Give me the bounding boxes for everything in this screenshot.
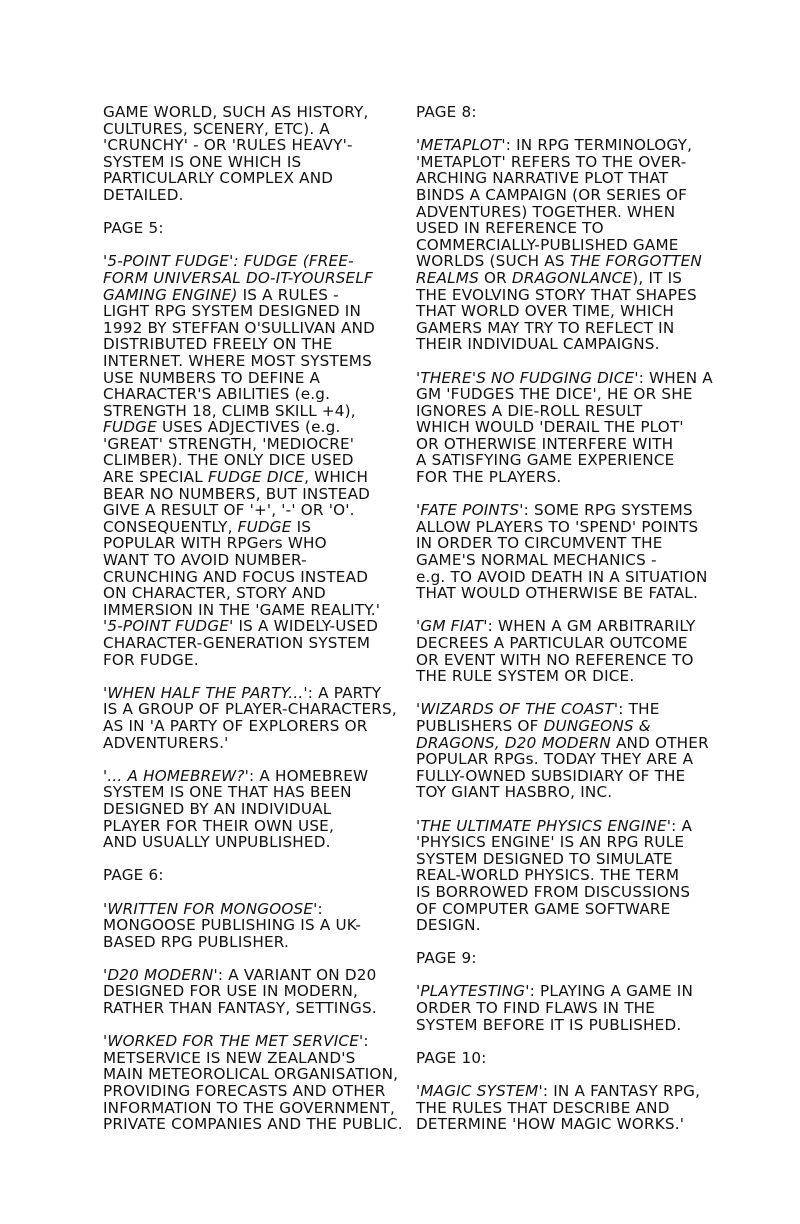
text-line: GM 'FUDGES THE DICE', HE OR SHE: [416, 386, 746, 403]
text-segment: PRIVATE COMPANIES AND THE PUBLIC.: [103, 1115, 403, 1133]
text-segment: AND USUALLY UNPUBLISHED.: [103, 833, 331, 851]
text-segment: TOY GIANT HASBRO, INC.: [416, 783, 612, 801]
text-line: 'WIZARDS OF THE COAST': THE: [416, 701, 746, 718]
paragraph-gap: [103, 884, 433, 901]
text-segment: 'GREAT' STRENGTH, 'MEDIOCRE': [103, 435, 354, 453]
text-segment: A SATISFYING GAME EXPERIENCE: [416, 451, 674, 469]
text-line: SYSTEM BEFORE IT IS PUBLISHED.: [416, 1017, 746, 1034]
italic-term: '5-POINT FUDGE': FUDGE (FREE-: [103, 252, 354, 270]
text-segment: IMMERSION IN THE 'GAME REALITY.': [103, 601, 380, 619]
text-segment: RATHER THAN FANTASY, SETTINGS.: [103, 999, 377, 1017]
text-segment: ON CHARACTER, STORY AND: [103, 584, 326, 602]
text-segment: THE RULE SYSTEM OR DICE.: [416, 667, 634, 685]
text-segment: :: [363, 1032, 368, 1050]
text-segment: POPULAR RPG: [416, 750, 526, 768]
right-column: PAGE 8:'METAPLOT': IN RPG TERMINOLOGY,'M…: [416, 104, 746, 1133]
text-segment: : WHEN A GM ARBITRARILY: [488, 617, 696, 635]
text-line: GAMERS MAY TRY TO REFLECT IN: [416, 320, 746, 337]
text-segment: PROVIDING FORECASTS AND OTHER: [103, 1082, 386, 1100]
text-line: GAMING ENGINE) IS A RULES -: [103, 287, 433, 304]
text-segment: DETAILED.: [103, 186, 184, 204]
text-segment: ALLOW PLAYERS TO 'SPEND' POINTS: [416, 518, 698, 536]
text-line: '... A HOMEBREW?': A HOMEBREW: [103, 768, 433, 785]
italic-term: 'MAGIC SYSTEM': [416, 1082, 543, 1100]
italic-term: 'WHEN HALF THE PARTY...': [103, 684, 308, 702]
paragraph-gap: [103, 237, 433, 254]
text-segment: : PLAYING A GAME IN: [530, 982, 693, 1000]
paragraph-gap: [103, 204, 433, 221]
text-line: BINDS A CAMPAIGN (OR SERIES OF: [416, 187, 746, 204]
text-line: FORM UNIVERSAL DO-IT-YOURSELF: [103, 270, 433, 287]
text-segment: 'CRUNCHY' - OR 'RULES HEAVY'-: [103, 136, 353, 154]
text-segment: 1992 BY STEFFAN O'SULLIVAN AND: [103, 319, 375, 337]
italic-term: FUDGE: [103, 418, 157, 436]
text-segment: GAME WORLD, SUCH AS HISTORY,: [103, 103, 369, 121]
text-line: THE RULE SYSTEM OR DICE.: [416, 668, 746, 685]
italic-term: 'GM FIAT': [416, 617, 488, 635]
text-line: ORDER TO FIND FLAWS IN THE: [416, 1000, 746, 1017]
text-segment: , WHICH: [304, 468, 368, 486]
text-segment: : A PARTY: [308, 684, 382, 702]
text-line: FUDGE USES ADJECTIVES (e.g.: [103, 419, 433, 436]
text-segment: WHO: [283, 534, 327, 552]
text-segment: PLAYER FOR THEIR OWN USE,: [103, 817, 334, 835]
italic-term: '5-POINT FUDGE': [103, 617, 233, 635]
text-segment: SYSTEM IS ONE THAT HAS BEEN: [103, 783, 352, 801]
text-line: 'METAPLOT' REFERS TO THE OVER-: [416, 154, 746, 171]
text-segment: USE NUMBERS TO DEFINE A: [103, 369, 320, 387]
text-line: METSERVICE IS NEW ZEALAND'S: [103, 1050, 433, 1067]
text-line: PRIVATE COMPANIES AND THE PUBLIC.: [103, 1116, 433, 1133]
text-line: IS BORROWED FROM DISCUSSIONS: [416, 884, 746, 901]
text-line: ARE SPECIAL FUDGE DICE, WHICH: [103, 469, 433, 486]
text-segment: OR: [479, 269, 512, 287]
text-line: THEIR INDIVIDUAL CAMPAIGNS.: [416, 336, 746, 353]
text-line: CHARACTER'S ABILITIES (e.g.: [103, 386, 433, 403]
text-line: PAGE 9:: [416, 950, 746, 967]
text-segment: IS A GROUP OF PLAYER-CHARACTERS,: [103, 700, 397, 718]
italic-term: 'D20 MODERN': [103, 966, 218, 984]
text-segment: WANT TO AVOID NUMBER-: [103, 551, 307, 569]
text-line: AS IN 'A PARTY OF EXPLORERS OR: [103, 718, 433, 735]
text-segment: WHICH WOULD 'DERAIL THE PLOT': [416, 418, 684, 436]
text-segment: e.g.: [301, 385, 330, 403]
text-line: 'PHYSICS ENGINE' IS AN RPG RULE: [416, 834, 746, 851]
text-line: WORLDS (SUCH AS THE FORGOTTEN: [416, 253, 746, 270]
text-segment: GIVE A RESULT OF '+', '-' OR 'O'.: [103, 501, 355, 519]
text-line: LIGHT RPG SYSTEM DESIGNED IN: [103, 303, 433, 320]
text-segment: :: [318, 900, 323, 918]
text-segment: SYSTEM IS ONE WHICH IS: [103, 153, 301, 171]
text-segment: SYSTEM BEFORE IT IS PUBLISHED.: [416, 1016, 681, 1034]
text-line: GAME WORLD, SUCH AS HISTORY,: [103, 104, 433, 121]
text-segment: METSERVICE IS NEW ZEALAND'S: [103, 1049, 355, 1067]
text-segment: PUBLISHERS OF: [416, 717, 544, 735]
text-segment: : THE: [618, 700, 659, 718]
text-line: PLAYER FOR THEIR OWN USE,: [103, 818, 433, 835]
text-segment: 'METAPLOT' REFERS TO THE OVER-: [416, 153, 686, 171]
italic-term: FUDGE DICE: [208, 468, 304, 486]
paragraph-gap: [416, 121, 746, 138]
text-line: PUBLISHERS OF DUNGEONS &: [416, 718, 746, 735]
text-segment: USED IN REFERENCE TO: [416, 219, 604, 237]
text-segment: OR EVENT WITH NO REFERENCE TO: [416, 651, 694, 669]
text-segment: PARTICULARLY COMPLEX AND: [103, 169, 333, 187]
text-line: '5-POINT FUDGE': FUDGE (FREE-: [103, 253, 433, 270]
text-line: 'CRUNCHY' - OR 'RULES HEAVY'-: [103, 137, 433, 154]
text-segment: STRENGTH 18, CLIMB SKILL +4),: [103, 402, 356, 420]
italic-term: GAMING ENGINE): [103, 286, 238, 304]
text-segment: CULTURES, SCENERY, ETC). A: [103, 120, 330, 138]
text-segment: IGNORES A DIE-ROLL RESULT: [416, 402, 642, 420]
text-line: ARCHING NARRATIVE PLOT THAT: [416, 170, 746, 187]
text-segment: CLIMBER). THE ONLY DICE USED: [103, 451, 354, 469]
text-segment: IS A WIDELY-USED: [233, 617, 378, 635]
italic-term: DRAGONS, D20 MODERN: [416, 734, 611, 752]
text-line: 'THE ULTIMATE PHYSICS ENGINE': A: [416, 818, 746, 835]
text-line: A SATISFYING GAME EXPERIENCE: [416, 452, 746, 469]
paragraph-gap: [416, 1033, 746, 1050]
text-line: PAGE 8:: [416, 104, 746, 121]
text-line: SYSTEM DESIGNED TO SIMULATE: [416, 851, 746, 868]
text-line: DISTRIBUTED FREELY ON THE: [103, 336, 433, 353]
paragraph-gap: [416, 353, 746, 370]
text-segment: RPG: [227, 534, 259, 552]
italic-term: 'WORKED FOR THE MET SERVICE': [103, 1032, 363, 1050]
text-line: RATHER THAN FANTASY, SETTINGS.: [103, 1000, 433, 1017]
paragraph-gap: [103, 1017, 433, 1034]
text-line: FULLY-OWNED SUBSIDIARY OF THE: [416, 768, 746, 785]
text-line: 'WORKED FOR THE MET SERVICE':: [103, 1033, 433, 1050]
text-line: BEAR NO NUMBERS, BUT INSTEAD: [103, 486, 433, 503]
italic-term: 'WRITTEN FOR MONGOOSE': [103, 900, 318, 918]
text-segment: LIGHT RPG SYSTEM DESIGNED IN: [103, 302, 361, 320]
text-segment: . TODAY THEY ARE A: [534, 750, 693, 768]
text-line: 'MAGIC SYSTEM': IN A FANTASY RPG,: [416, 1083, 746, 1100]
text-line: 'WHEN HALF THE PARTY...': A PARTY: [103, 685, 433, 702]
paragraph-gap: [103, 851, 433, 868]
text-line: MAIN METEOROLICAL ORGANISATION,: [103, 1066, 433, 1083]
text-line: 'GREAT' STRENGTH, 'MEDIOCRE': [103, 436, 433, 453]
text-segment: FOR THE PLAYERS.: [416, 468, 561, 486]
italic-term: DUNGEONS &: [544, 717, 651, 735]
text-segment: : IN A FANTASY RPG,: [543, 1082, 700, 1100]
text-line: OF COMPUTER GAME SOFTWARE: [416, 901, 746, 918]
italic-term: THE FORGOTTEN: [570, 252, 702, 270]
text-segment: DETERMINE 'HOW MAGIC WORKS.': [416, 1115, 684, 1133]
text-line: 'FATE POINTS': SOME RPG SYSTEMS: [416, 502, 746, 519]
text-line: OR EVENT WITH NO REFERENCE TO: [416, 652, 746, 669]
text-segment: IS A RULES -: [238, 286, 339, 304]
text-segment: OR OTHERWISE INTERFERE WITH: [416, 435, 673, 453]
paragraph-gap: [103, 950, 433, 967]
text-segment: PAGE 8:: [416, 103, 477, 121]
text-segment: ADVENTURERS.': [103, 734, 229, 752]
text-segment: : A VARIANT ON D20: [218, 966, 377, 984]
text-segment: : WHEN A: [639, 369, 713, 387]
text-segment: THAT WORLD OVER TIME, WHICH: [416, 302, 674, 320]
text-segment: AS IN 'A PARTY OF EXPLORERS OR: [103, 717, 368, 735]
text-line: IN ORDER TO CIRCUMVENT THE: [416, 535, 746, 552]
text-line: REALMS OR DRAGONLANCE), IT IS: [416, 270, 746, 287]
paragraph-gap: [103, 751, 433, 768]
text-segment: AND OTHER: [611, 734, 709, 752]
text-segment: DESIGNED BY AN INDIVIDUAL: [103, 800, 331, 818]
text-segment: : A HOMEBREW: [249, 767, 368, 785]
text-line: TOY GIANT HASBRO, INC.: [416, 784, 746, 801]
text-line: WANT TO AVOID NUMBER-: [103, 552, 433, 569]
text-segment: ARCHING NARRATIVE PLOT THAT: [416, 169, 668, 187]
text-line: PAGE 6:: [103, 867, 433, 884]
text-segment: PAGE 9:: [416, 949, 477, 967]
text-segment: CRUNCHING AND FOCUS INSTEAD: [103, 568, 368, 586]
text-segment: GM 'FUDGES THE DICE', HE OR SHE: [416, 385, 693, 403]
paragraph-gap: [416, 486, 746, 503]
text-segment: COMMERCIALLY-PUBLISHED GAME: [416, 236, 679, 254]
text-segment: BEAR NO NUMBERS, BUT INSTEAD: [103, 485, 370, 503]
text-line: USE NUMBERS TO DEFINE A: [103, 370, 433, 387]
text-line: 'GM FIAT': WHEN A GM ARBITRARILY: [416, 618, 746, 635]
italic-term: 'FATE POINTS': [416, 501, 524, 519]
text-segment: ), IT IS: [632, 269, 682, 287]
text-line: '5-POINT FUDGE' IS A WIDELY-USED: [103, 618, 433, 635]
text-line: DECREES A PARTICULAR OUTCOME: [416, 635, 746, 652]
italic-term: REALMS: [416, 269, 479, 287]
text-line: 'WRITTEN FOR MONGOOSE':: [103, 901, 433, 918]
text-segment: PAGE 5:: [103, 219, 164, 237]
text-segment: e.g.: [311, 418, 340, 436]
text-line: IGNORES A DIE-ROLL RESULT: [416, 403, 746, 420]
text-line: THAT WORLD OVER TIME, WHICH: [416, 303, 746, 320]
text-line: INFORMATION TO THE GOVERNMENT,: [103, 1100, 433, 1117]
text-line: PARTICULARLY COMPLEX AND: [103, 170, 433, 187]
paragraph-gap: [416, 602, 746, 619]
text-segment: THE EVOLVING STORY THAT SHAPES: [416, 286, 697, 304]
text-line: DESIGNED BY AN INDIVIDUAL: [103, 801, 433, 818]
text-segment: CHARACTER-GENERATION SYSTEM: [103, 634, 370, 652]
text-line: CHARACTER-GENERATION SYSTEM: [103, 635, 433, 652]
text-line: DESIGNED FOR USE IN MODERN,: [103, 983, 433, 1000]
text-line: CONSEQUENTLY, FUDGE IS: [103, 519, 433, 536]
text-line: 'THERE'S NO FUDGING DICE': WHEN A: [416, 370, 746, 387]
text-line: GIVE A RESULT OF '+', '-' OR 'O'.: [103, 502, 433, 519]
text-line: THE RULES THAT DESCRIBE AND: [416, 1100, 746, 1117]
text-line: THAT WOULD OTHERWISE BE FATAL.: [416, 585, 746, 602]
paragraph-gap: [416, 1066, 746, 1083]
text-segment: GAME'S NORMAL MECHANICS -: [416, 551, 657, 569]
text-segment: WORLDS (SUCH AS: [416, 252, 570, 270]
text-line: MONGOOSE PUBLISHING IS A UK-: [103, 917, 433, 934]
text-segment: 'PHYSICS ENGINE' IS AN RPG RULE: [416, 833, 684, 851]
paragraph-gap: [416, 685, 746, 702]
text-segment: IS: [292, 518, 312, 536]
text-line: DESIGN.: [416, 917, 746, 934]
italic-term: 'METAPLOT': [416, 136, 506, 154]
text-segment: REAL-WORLD PHYSICS. THE TERM: [416, 866, 679, 884]
text-line: FOR THE PLAYERS.: [416, 469, 746, 486]
text-line: STRENGTH 18, CLIMB SKILL +4),: [103, 403, 433, 420]
text-segment: FOR FUDGE.: [103, 651, 199, 669]
text-line: PAGE 5:: [103, 220, 433, 237]
text-segment: MONGOOSE PUBLISHING IS A UK-: [103, 916, 361, 934]
text-segment: SYSTEM DESIGNED TO SIMULATE: [416, 850, 673, 868]
text-segment: DISTRIBUTED FREELY ON THE: [103, 335, 333, 353]
text-segment: USES ADJECTIVES (: [157, 418, 311, 436]
text-segment: PAGE 10:: [416, 1049, 487, 1067]
italic-term: FORM UNIVERSAL DO-IT-YOURSELF: [103, 269, 373, 287]
text-segment: DESIGNED FOR USE IN MODERN,: [103, 982, 358, 1000]
text-line: WHICH WOULD 'DERAIL THE PLOT': [416, 419, 746, 436]
paragraph-gap: [103, 668, 433, 685]
text-segment: BINDS A CAMPAIGN (OR SERIES OF: [416, 186, 687, 204]
text-segment: TO AVOID DEATH IN A SITUATION: [445, 568, 707, 586]
text-segment: PAGE 6:: [103, 866, 164, 884]
italic-term: 'PLAYTESTING': [416, 982, 530, 1000]
glossary-page: GAME WORLD, SUCH AS HISTORY,CULTURES, SC…: [0, 0, 800, 1224]
left-column: GAME WORLD, SUCH AS HISTORY,CULTURES, SC…: [103, 104, 433, 1133]
text-segment: MAIN METEOROLICAL ORGANISATION,: [103, 1065, 398, 1083]
text-segment: INFORMATION TO THE GOVERNMENT,: [103, 1099, 395, 1117]
text-segment: FULLY-OWNED SUBSIDIARY OF THE: [416, 767, 685, 785]
text-segment: : SOME RPG SYSTEMS: [524, 501, 693, 519]
text-line: PAGE 10:: [416, 1050, 746, 1067]
text-line: FOR FUDGE.: [103, 652, 433, 669]
text-segment: OF COMPUTER GAME SOFTWARE: [416, 900, 670, 918]
text-line: DRAGONS, D20 MODERN AND OTHER: [416, 735, 746, 752]
italic-term: DRAGONLANCE: [512, 269, 632, 287]
text-line: CULTURES, SCENERY, ETC). A: [103, 121, 433, 138]
text-line: ALLOW PLAYERS TO 'SPEND' POINTS: [416, 519, 746, 536]
text-line: CLIMBER). THE ONLY DICE USED: [103, 452, 433, 469]
text-line: DETERMINE 'HOW MAGIC WORKS.': [416, 1116, 746, 1133]
text-segment: DESIGN.: [416, 916, 481, 934]
text-line: BASED RPG PUBLISHER.: [103, 934, 433, 951]
text-line: USED IN REFERENCE TO: [416, 220, 746, 237]
text-segment: IS BORROWED FROM DISCUSSIONS: [416, 883, 690, 901]
text-segment: IN ORDER TO CIRCUMVENT THE: [416, 534, 663, 552]
text-line: PROVIDING FORECASTS AND OTHER: [103, 1083, 433, 1100]
paragraph-gap: [416, 801, 746, 818]
text-line: DETAILED.: [103, 187, 433, 204]
text-line: IS A GROUP OF PLAYER-CHARACTERS,: [103, 701, 433, 718]
text-segment: ers: [259, 534, 283, 552]
text-segment: CONSEQUENTLY,: [103, 518, 238, 536]
text-line: ON CHARACTER, STORY AND: [103, 585, 433, 602]
italic-term: FUDGE: [238, 518, 292, 536]
italic-term: 'THE ULTIMATE PHYSICS ENGINE': [416, 817, 671, 835]
text-segment: s: [526, 750, 534, 768]
text-line: THE EVOLVING STORY THAT SHAPES: [416, 287, 746, 304]
text-line: e.g. TO AVOID DEATH IN A SITUATION: [416, 569, 746, 586]
text-segment: BASED RPG PUBLISHER.: [103, 933, 289, 951]
italic-term: '... A HOMEBREW?': [103, 767, 249, 785]
text-segment: : IN RPG TERMINOLOGY,: [506, 136, 692, 154]
text-line: GAME'S NORMAL MECHANICS -: [416, 552, 746, 569]
text-segment: THE RULES THAT DESCRIBE AND: [416, 1099, 670, 1117]
text-line: IMMERSION IN THE 'GAME REALITY.': [103, 602, 433, 619]
text-segment: INTERNET. WHERE MOST SYSTEMS: [103, 352, 372, 370]
text-line: ADVENTURERS.': [103, 735, 433, 752]
text-segment: CHARACTER'S ABILITIES (: [103, 385, 301, 403]
text-line: REAL-WORLD PHYSICS. THE TERM: [416, 867, 746, 884]
paragraph-gap: [416, 967, 746, 984]
text-line: INTERNET. WHERE MOST SYSTEMS: [103, 353, 433, 370]
paragraph-gap: [416, 934, 746, 951]
text-line: AND USUALLY UNPUBLISHED.: [103, 834, 433, 851]
text-line: 'PLAYTESTING': PLAYING A GAME IN: [416, 983, 746, 1000]
text-segment: e.g.: [416, 568, 445, 586]
text-segment: : A: [671, 817, 692, 835]
text-segment: ARE SPECIAL: [103, 468, 208, 486]
text-segment: DECREES A PARTICULAR OUTCOME: [416, 634, 688, 652]
italic-term: 'WIZARDS OF THE COAST': [416, 700, 618, 718]
text-segment: ORDER TO FIND FLAWS IN THE: [416, 999, 655, 1017]
text-line: 'METAPLOT': IN RPG TERMINOLOGY,: [416, 137, 746, 154]
text-segment: GAMERS MAY TRY TO REFLECT IN: [416, 319, 674, 337]
text-segment: THAT WOULD OTHERWISE BE FATAL.: [416, 584, 698, 602]
text-line: OR OTHERWISE INTERFERE WITH: [416, 436, 746, 453]
text-line: SYSTEM IS ONE WHICH IS: [103, 154, 433, 171]
text-line: ADVENTURES) TOGETHER. WHEN: [416, 204, 746, 221]
text-line: 'D20 MODERN': A VARIANT ON D20: [103, 967, 433, 984]
italic-term: 'THERE'S NO FUDGING DICE': [416, 369, 639, 387]
text-segment: ADVENTURES) TOGETHER. WHEN: [416, 203, 675, 221]
text-segment: THEIR INDIVIDUAL CAMPAIGNS.: [416, 335, 660, 353]
text-line: POPULAR RPGs. TODAY THEY ARE A: [416, 751, 746, 768]
text-line: 1992 BY STEFFAN O'SULLIVAN AND: [103, 320, 433, 337]
text-line: CRUNCHING AND FOCUS INSTEAD: [103, 569, 433, 586]
text-segment: POPULAR WITH: [103, 534, 227, 552]
text-line: SYSTEM IS ONE THAT HAS BEEN: [103, 784, 433, 801]
text-line: POPULAR WITH RPGers WHO: [103, 535, 433, 552]
text-line: COMMERCIALLY-PUBLISHED GAME: [416, 237, 746, 254]
